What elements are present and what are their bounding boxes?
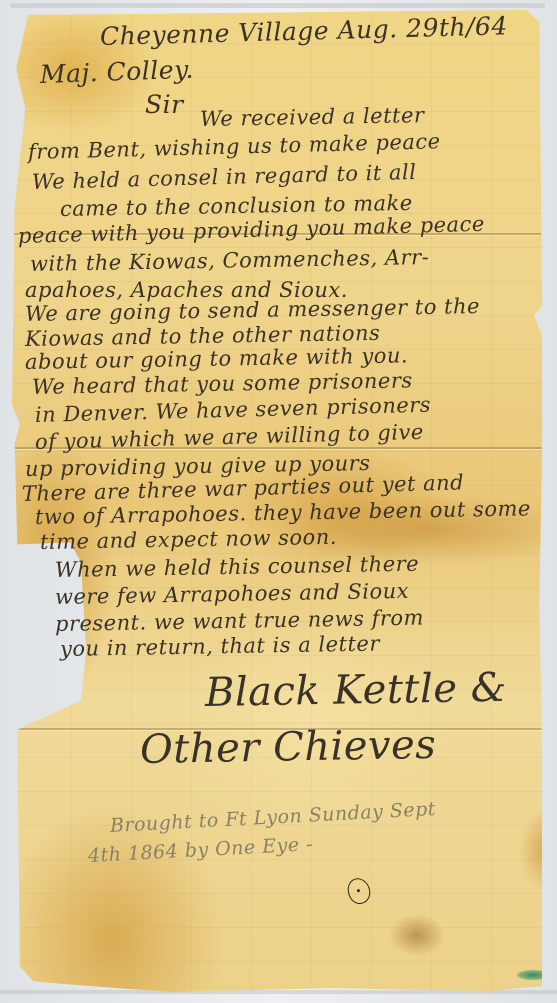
signature-line-2: Other Chieves	[140, 722, 437, 773]
archival-sleeve-edge-top	[10, 3, 545, 8]
recipient: Maj. Colley.	[39, 55, 194, 89]
ink-mark-dot	[357, 889, 361, 893]
signature-line-1: Black Kettle &	[205, 665, 508, 716]
greeting: Sir	[145, 90, 184, 119]
body-line: We received a letter	[200, 103, 425, 131]
